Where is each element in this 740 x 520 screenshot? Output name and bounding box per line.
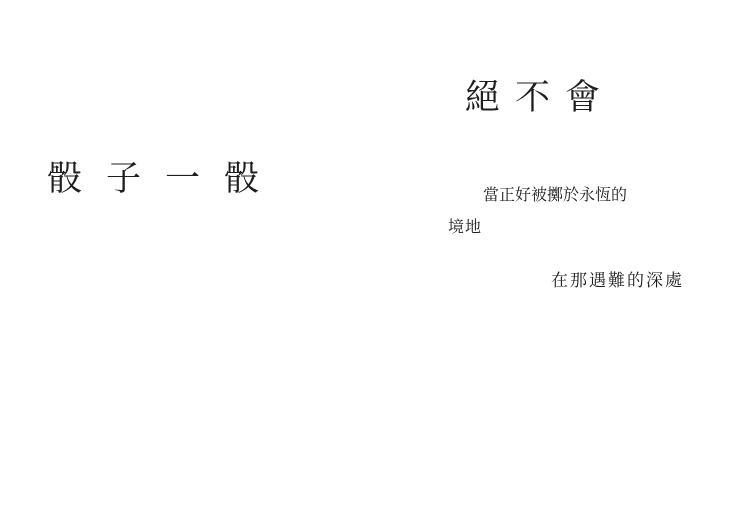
- poem-line-dice-throw: 骰子一骰: [47, 161, 283, 196]
- poem-page: 絕不會 骰子一骰 當正好被擲於永恆的 境地 在那遇難的深處: [0, 0, 740, 520]
- poem-line-shipwreck-depths: 在那遇難的深處: [551, 272, 684, 289]
- poem-line-ground: 境地: [448, 220, 482, 236]
- poem-line-jamais: 絕不會: [465, 80, 615, 115]
- poem-line-eternal-circumstances: 當正好被擲於永恆的: [483, 188, 627, 204]
